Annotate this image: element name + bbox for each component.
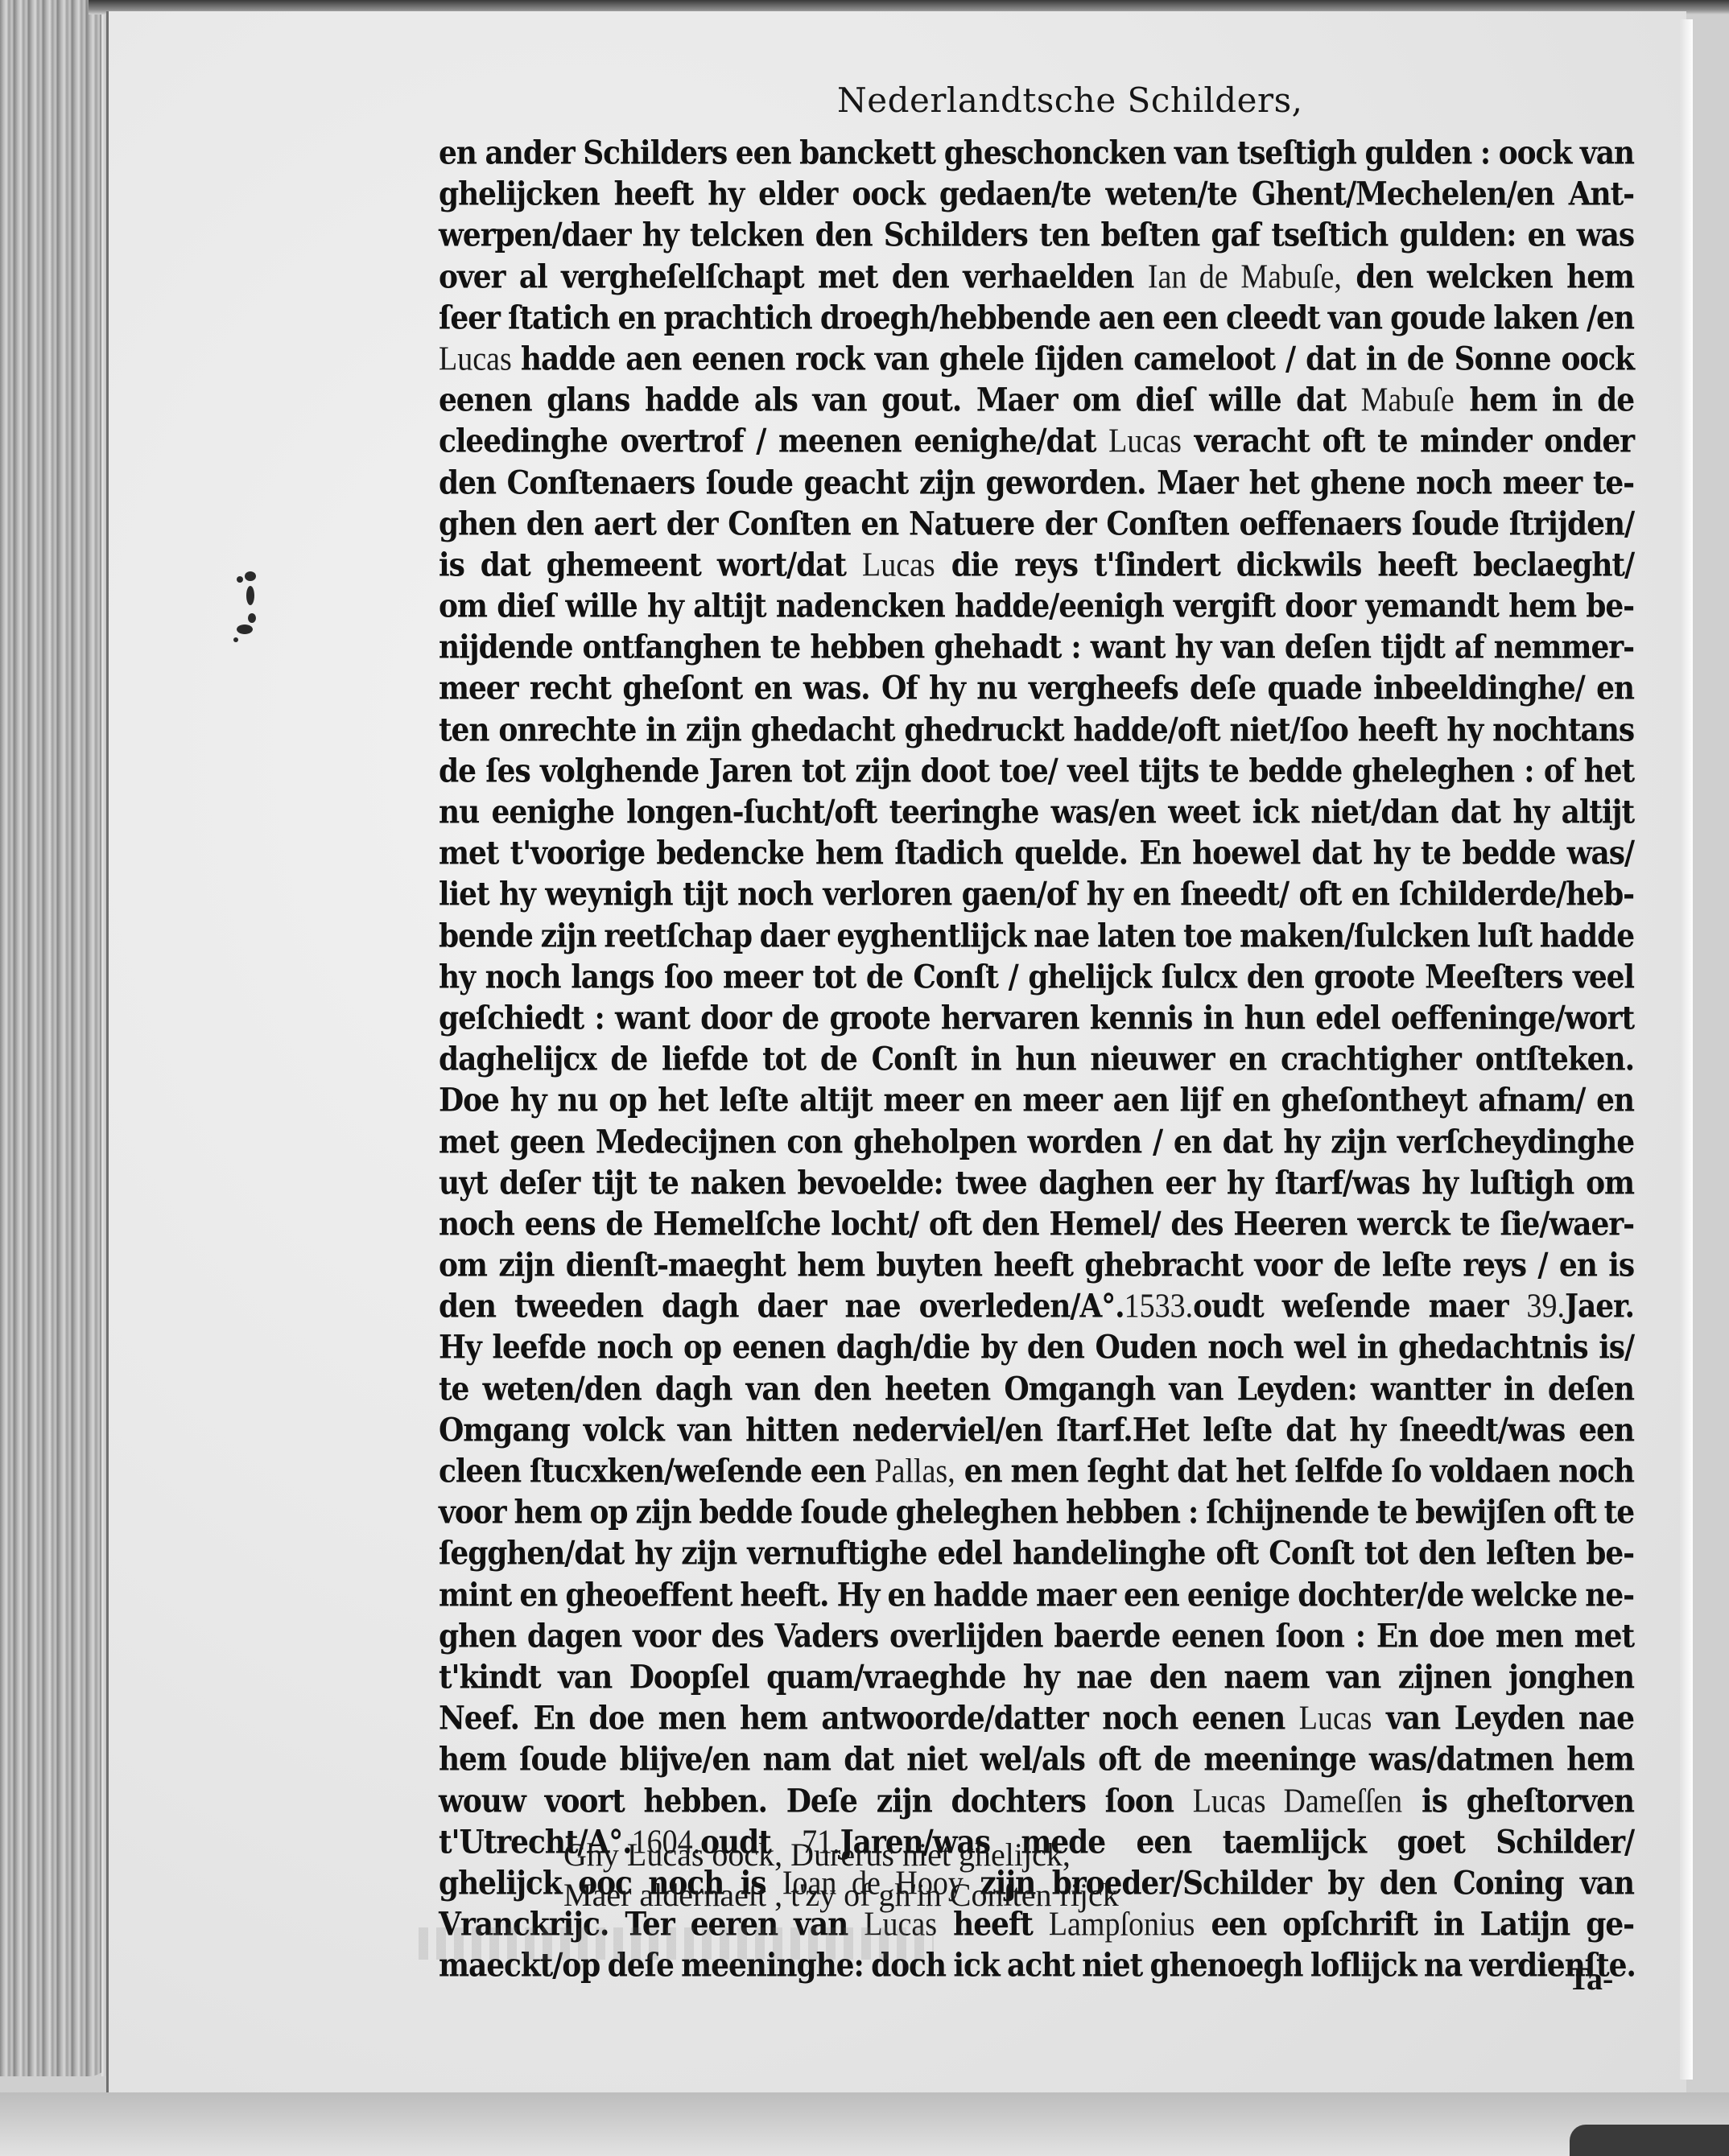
blackletter-text: Jaer.	[1565, 1288, 1634, 1325]
blackletter-text: nijdende ontfanghen te hebben ghehadt : …	[439, 629, 1634, 666]
blackletter-text: mint en gheoeffent heeft. Hy en hadde ma…	[439, 1576, 1634, 1614]
blackletter-text: is gheſtorven	[1402, 1782, 1634, 1820]
text-line: uyt deſer tijt te naken bevoelde: twee d…	[439, 1160, 1634, 1206]
roman-type-name: Mabuſe	[1361, 381, 1455, 419]
text-line: t'kindt van Doopſel quam/vraeghde hy nae…	[439, 1655, 1634, 1700]
blackletter-text: een opſchrift in Latijn ge-	[1195, 1905, 1634, 1943]
text-line: Lucas hadde aen eenen rock van ghele ſij…	[439, 336, 1634, 382]
text-line: ſeer ſtatich en prachtich droegh/hebbend…	[439, 295, 1634, 341]
text-line: de ſes volghende Jaren tot zijn doot toe…	[439, 748, 1634, 794]
ink-blot-mark	[233, 571, 261, 644]
roman-type-name: Pallas,	[874, 1452, 955, 1490]
text-line: ſegghen/dat hy zijn vernuftighe edel han…	[439, 1531, 1634, 1577]
blackletter-text: cleen ſtucxken/weſende een	[439, 1452, 874, 1490]
blackletter-text: meer recht gheſont en was. Of hy nu verg…	[439, 670, 1634, 707]
roman-type-name: Lucas	[1299, 1700, 1372, 1738]
catchword: Ta-	[1568, 1960, 1613, 1997]
blackletter-text: den welcken hem	[1342, 258, 1634, 295]
blackletter-text: ghen dagen voor des Vaders overlijden ba…	[439, 1617, 1634, 1655]
blackletter-text: veracht oft te minder onder	[1182, 423, 1634, 460]
text-line: ghen dagen voor des Vaders overlijden ba…	[439, 1614, 1634, 1659]
blackletter-text: Neef. En doe men hem antwoorde/datter no…	[439, 1700, 1299, 1738]
blackletter-text: eenen glans hadde als van gout. Maer om …	[439, 381, 1361, 419]
text-line: met geen Medecijnen con gheholpen worden…	[439, 1119, 1634, 1165]
text-line: om zijn dienſt-maeght hem buyten heeft g…	[439, 1243, 1634, 1288]
blackletter-text: ten onrechte in zijn ghedacht ghedruckt …	[439, 711, 1634, 748]
text-line: hy noch langs ſoo meer tot de Conſt / gh…	[439, 954, 1634, 1000]
text-line: om dieſ wille hy altijt nadencken hadde/…	[439, 583, 1634, 629]
blackletter-text: den tweeden dagh daer nae overleden/A°.	[439, 1288, 1124, 1325]
blackletter-text: te weten/den dagh van den heeten Omgangh…	[439, 1370, 1634, 1408]
blackletter-text: hem in de	[1455, 381, 1634, 419]
text-line: met t'voorige bedencke hem ſtadich queld…	[439, 831, 1634, 876]
text-line: ghelijcken heeft hy elder oock gedaen/te…	[439, 171, 1634, 217]
text-line: bende zijn reetſchap daer eyghentlijck n…	[439, 913, 1634, 958]
text-line: mint en gheoeffent heeft. Hy en hadde ma…	[439, 1572, 1634, 1618]
blackletter-text: t'kindt van Doopſel quam/vraeghde hy nae…	[439, 1658, 1634, 1696]
verse-block: Ghy Lucas oock, Durerus niet ghelijck, M…	[563, 1835, 1119, 1915]
blackletter-text: hem ſoude blijve/en nam dat niet wel/als…	[439, 1741, 1634, 1779]
blackletter-text: daghelijcx de liefde tot de Conſt in hun…	[439, 1041, 1634, 1078]
blackletter-text: geſchiedt : want door de groote hervaren…	[439, 999, 1634, 1037]
text-line: den tweeden dagh daer nae overleden/A°.1…	[439, 1284, 1634, 1329]
text-line: over al vergheſelſchapt met den verhaeld…	[439, 254, 1634, 299]
corner-shadow	[1570, 2125, 1729, 2156]
text-line: te weten/den dagh van den heeten Omgangh…	[439, 1367, 1634, 1412]
blackletter-text: den Conſtenaers ſoude geacht zijn geword…	[439, 464, 1634, 501]
blackletter-text: bende zijn reetſchap daer eyghentlijck n…	[439, 917, 1634, 954]
blackletter-text: oudt weſende maer	[1193, 1288, 1526, 1325]
running-head: Nederlandtsche Schilders,	[837, 80, 1302, 120]
text-line: Doe hy nu op het leſte altijt meer en me…	[439, 1078, 1634, 1123]
text-line: ghen den aert der Conſten en Natuere der…	[439, 501, 1634, 547]
text-line: cleen ſtucxken/weſende een Pallas, en me…	[439, 1449, 1634, 1494]
blackletter-text: werpen/daer hy telcken den Schilders ten…	[439, 216, 1634, 254]
text-line: geſchiedt : want door de groote hervaren…	[439, 996, 1634, 1041]
text-line: Neef. En doe men hem antwoorde/datter no…	[439, 1696, 1634, 1742]
blackletter-text: en ander Schilders een banckett gheschon…	[439, 134, 1634, 171]
blackletter-text: Omgang volck van hitten nederviel/en ſta…	[439, 1411, 1634, 1449]
blackletter-text: ghen den aert der Conſten en Natuere der…	[439, 505, 1634, 542]
roman-type-name: Lucas	[862, 546, 935, 583]
blackletter-text: met geen Medecijnen con gheholpen worden…	[439, 1123, 1634, 1160]
blackletter-text: uyt deſer tijt te naken bevoelde: twee d…	[439, 1164, 1634, 1202]
blackletter-text: over al vergheſelſchapt met den verhaeld…	[439, 258, 1148, 295]
blackletter-text: hadde aen eenen rock van ghele ſijden ca…	[521, 340, 1634, 377]
body-text: en ander Schilders een banckett gheschon…	[439, 133, 1634, 1986]
text-line: hem ſoude blijve/en nam dat niet wel/als…	[439, 1737, 1634, 1783]
text-line: daghelijcx de liefde tot de Conſt in hun…	[439, 1037, 1634, 1082]
blackletter-text: ſeer ſtatich en prachtich droegh/hebbend…	[439, 299, 1634, 336]
blackletter-text: noch eens de Hemelſche locht/ oft den He…	[439, 1205, 1634, 1243]
roman-type-name: 39.	[1527, 1288, 1566, 1325]
roman-type-name: Ian de Mabuſe,	[1148, 258, 1342, 295]
blackletter-text: Hy leefde noch op eenen dagh/die by den …	[439, 1329, 1634, 1367]
text-line: en ander Schilders een banckett gheschon…	[439, 130, 1634, 176]
blackletter-text: cleedinghe overtrof / meenen eenighe/dat	[439, 423, 1108, 460]
blackletter-text: voor hem op zijn bedde ſoude gheleghen h…	[439, 1494, 1634, 1531]
text-line: liet hy weynigh tijt noch verloren gaen/…	[439, 872, 1634, 917]
blackletter-text: is dat ghemeent wort/dat	[439, 546, 862, 583]
text-line: Omgang volck van hitten nederviel/en ſta…	[439, 1408, 1634, 1453]
text-line: cleedinghe overtrof / meenen eenighe/dat…	[439, 418, 1634, 464]
text-line: is dat ghemeent wort/dat Lucas die reys …	[439, 542, 1634, 588]
blackletter-text: ſegghen/dat hy zijn vernuftighe edel han…	[439, 1535, 1634, 1573]
verse-line-1: Ghy Lucas oock, Durerus niet ghelijck,	[563, 1835, 1119, 1875]
blackletter-text: nu eenighe longen-ſucht/oft teeringhe wa…	[439, 793, 1634, 831]
text-line: eenen glans hadde als van gout. Maer om …	[439, 377, 1634, 423]
blackletter-text: om dieſ wille hy altijt nadencken hadde/…	[439, 587, 1634, 625]
background-surface	[0, 2092, 1729, 2156]
show-through-bleed	[419, 1927, 934, 1960]
text-line: wouw voort hebben. Deſe zijn dochters ſo…	[439, 1778, 1634, 1824]
blackletter-text: wouw voort hebben. Deſe zijn dochters ſo…	[439, 1782, 1193, 1820]
blackletter-text: hy noch langs ſoo meer tot de Conſt / gh…	[439, 958, 1634, 996]
blackletter-text: van Leyden nae	[1372, 1700, 1634, 1738]
blackletter-text: ghelijcken heeft hy elder oock gedaen/te…	[439, 175, 1634, 213]
text-line: ten onrechte in zijn ghedacht ghedruckt …	[439, 707, 1634, 753]
book-page-edges	[0, 0, 113, 2076]
blackletter-text: Doe hy nu op het leſte altijt meer en me…	[439, 1082, 1634, 1119]
text-line: werpen/daer hy telcken den Schilders ten…	[439, 212, 1634, 258]
blackletter-text: en men ſeght dat het ſelfde ſo voldaen n…	[955, 1452, 1634, 1490]
verse-line-2: Maer aldernaeſt , t'zy of gh'in Conſten …	[563, 1875, 1119, 1915]
roman-type-name: Lucas	[1108, 423, 1182, 460]
blackletter-text: liet hy weynigh tijt noch verloren gaen/…	[439, 876, 1634, 913]
roman-type-name: Lucas Dameſſen	[1193, 1782, 1402, 1820]
blackletter-text: met t'voorige bedencke hem ſtadich queld…	[439, 835, 1634, 872]
blackletter-text: om zijn dienſt-maeght hem buyten heeft g…	[439, 1246, 1634, 1284]
text-line: voor hem op zijn bedde ſoude gheleghen h…	[439, 1490, 1634, 1536]
roman-type-name: 1533.	[1124, 1288, 1194, 1325]
text-line: den Conſtenaers ſoude geacht zijn geword…	[439, 460, 1634, 505]
text-line: Hy leefde noch op eenen dagh/die by den …	[439, 1325, 1634, 1371]
text-line: nu eenighe longen-ſucht/oft teeringhe wa…	[439, 789, 1634, 835]
text-line: meer recht gheſont en was. Of hy nu verg…	[439, 666, 1634, 711]
roman-type-name: Lucas	[439, 340, 521, 377]
blackletter-text: die reys t'ſindert dickwils heeft beclae…	[935, 546, 1634, 583]
text-line: nijdende ontfanghen te hebben ghehadt : …	[439, 625, 1634, 670]
text-line: noch eens de Hemelſche locht/ oft den He…	[439, 1202, 1634, 1247]
blackletter-text: de ſes volghende Jaren tot zijn doot toe…	[439, 752, 1634, 789]
